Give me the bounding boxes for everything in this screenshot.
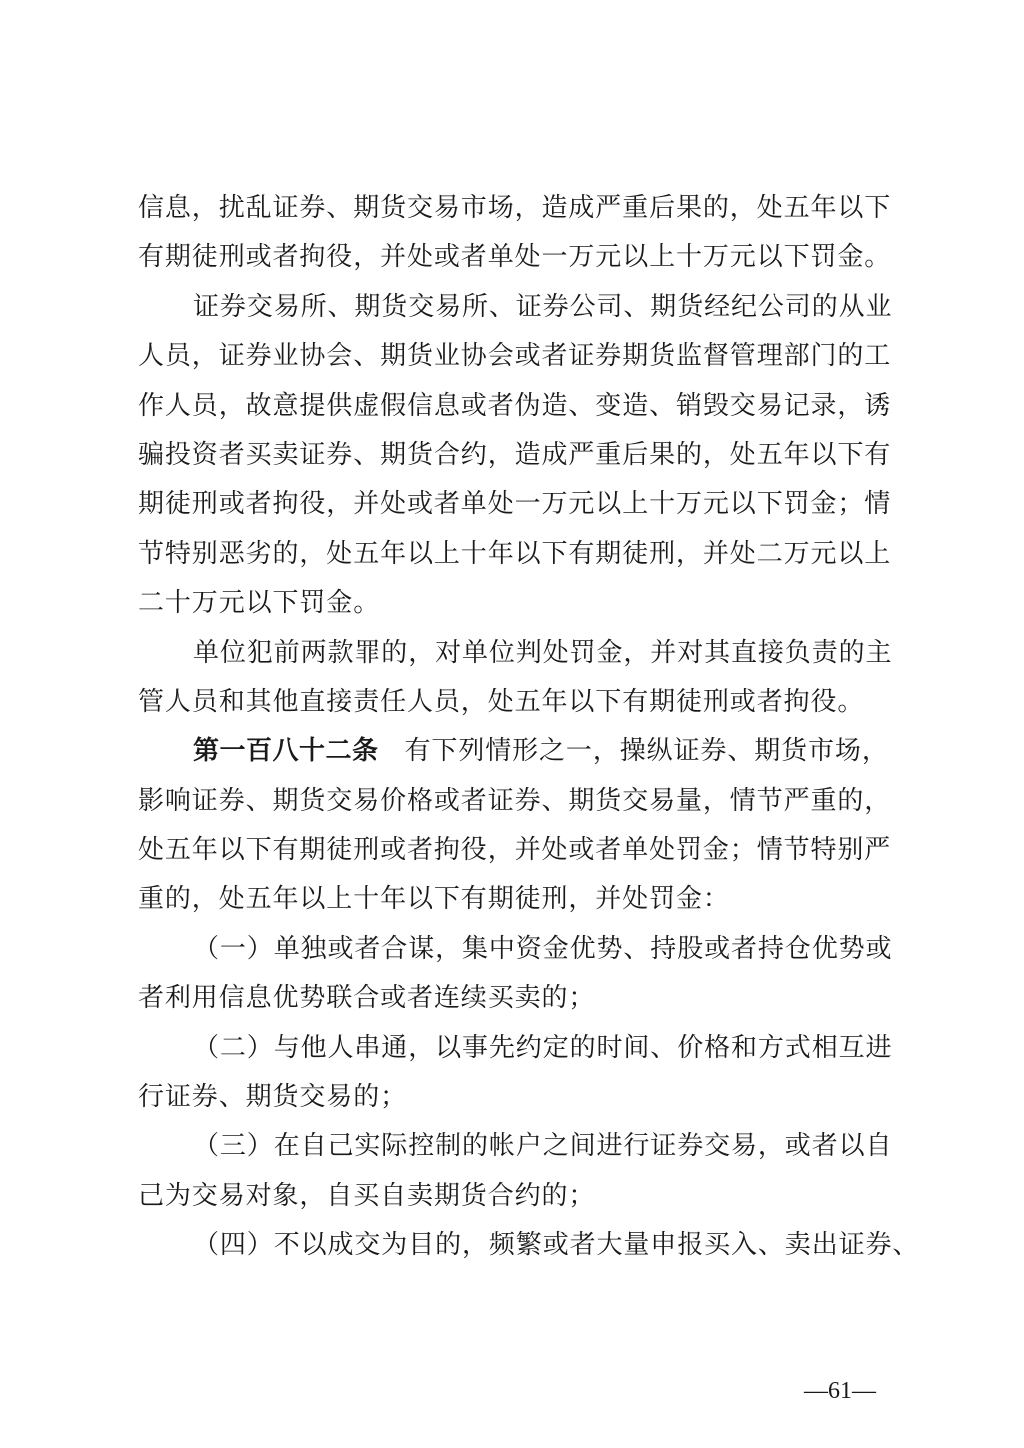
article-start-line: 第一百八十二条 有下列情形之一，操纵证券、期货市场， bbox=[138, 727, 898, 776]
text-line: 期徒刑或者拘役，并处或者单处一万元以上十万元以下罚金；情 bbox=[138, 480, 898, 529]
document-body: 信息，扰乱证券、期货交易市场，造成严重后果的，处五年以下 有期徒刑或者拘役，并处… bbox=[138, 184, 898, 1271]
list-item-start-line: （一）单独或者合谋，集中资金优势、持股或者持仓优势或 bbox=[138, 925, 898, 974]
text-line: 作人员，故意提供虚假信息或者伪造、变造、销毁交易记录，诱 bbox=[138, 382, 898, 431]
text-line: 者利用信息优势联合或者连续买卖的； bbox=[138, 974, 898, 1023]
text-line: 人员，证券业协会、期货业协会或者证券期货监督管理部门的工 bbox=[138, 332, 898, 381]
text-line: 骗投资者买卖证券、期货合约，造成严重后果的，处五年以下有 bbox=[138, 431, 898, 480]
list-item-start-line: （二）与他人串通，以事先约定的时间、价格和方式相互进 bbox=[138, 1024, 898, 1073]
text-line: 己为交易对象，自买自卖期货合约的； bbox=[138, 1172, 898, 1221]
list-item-start-line: （四）不以成交为目的，频繁或者大量申报买入、卖出证券、 bbox=[138, 1221, 898, 1270]
text-line: 行证券、期货交易的； bbox=[138, 1073, 898, 1122]
article-heading: 第一百八十二条 bbox=[193, 727, 379, 776]
text-line: 重的，处五年以上十年以下有期徒刑，并处罚金： bbox=[138, 875, 898, 924]
document-page: 信息，扰乱证券、期货交易市场，造成严重后果的，处五年以下 有期徒刑或者拘役，并处… bbox=[0, 0, 1024, 1448]
text-line: 二十万元以下罚金。 bbox=[138, 579, 898, 628]
page-number: —61— bbox=[800, 1378, 880, 1405]
text-line: 节特别恶劣的，处五年以上十年以下有期徒刑，并处二万元以上 bbox=[138, 530, 898, 579]
list-item-start-line: （三）在自己实际控制的帐户之间进行证券交易，或者以自 bbox=[138, 1122, 898, 1171]
text-line: 信息，扰乱证券、期货交易市场，造成严重后果的，处五年以下 bbox=[138, 184, 898, 233]
paragraph-start-line: 证券交易所、期货交易所、证券公司、期货经纪公司的从业 bbox=[138, 283, 898, 332]
article-intro: 有下列情形之一，操纵证券、期货市场， bbox=[405, 727, 889, 776]
text-line: 影响证券、期货交易价格或者证券、期货交易量，情节严重的， bbox=[138, 777, 898, 826]
text-line: 有期徒刑或者拘役，并处或者单处一万元以上十万元以下罚金。 bbox=[138, 233, 898, 282]
paragraph-start-line: 单位犯前两款罪的，对单位判处罚金，并对其直接负责的主 bbox=[138, 629, 898, 678]
text-line: 管人员和其他直接责任人员，处五年以下有期徒刑或者拘役。 bbox=[138, 678, 898, 727]
text-line: 处五年以下有期徒刑或者拘役，并处或者单处罚金；情节特别严 bbox=[138, 826, 898, 875]
